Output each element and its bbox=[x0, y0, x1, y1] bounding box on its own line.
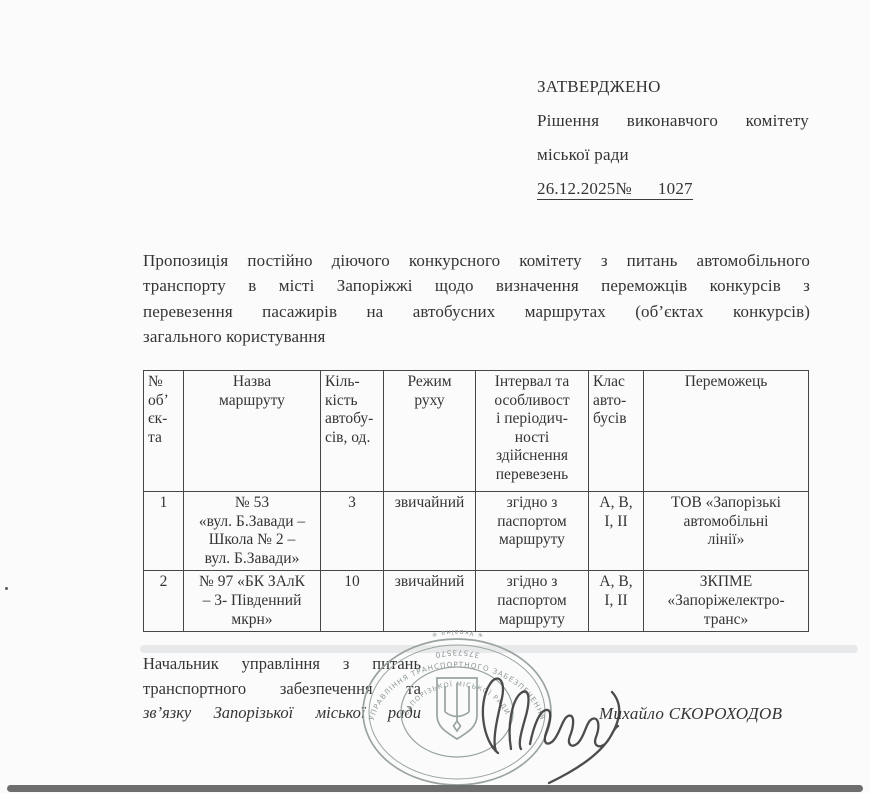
intro-line-4: загального користування bbox=[143, 324, 810, 349]
cell-route-name: № 97 «БК ЗАлК – 3- Південний мкрн» bbox=[184, 571, 321, 632]
cell-interval: згідно з паспортом маршруту bbox=[476, 571, 589, 632]
intro-paragraph: Пропозиція постійно діючого конкурсного … bbox=[143, 248, 810, 349]
intro-line-3: перевезення пасажирів на автобусних марш… bbox=[143, 299, 810, 324]
number-sign: № bbox=[616, 179, 632, 198]
table-row: 2 № 97 «БК ЗАлК – 3- Південний мкрн» 10 … bbox=[144, 571, 809, 632]
official-stamp: УПРАВЛІННЯ ТРАНСПОРТНОГО ЗАБЕЗПЕЧЕННЯ ЗА… bbox=[337, 630, 667, 793]
approval-date-number: 26.12.2025№1027 bbox=[537, 179, 693, 200]
approval-block: ЗАТВЕРДЖЕНО Рішення виконавчого комітету… bbox=[537, 70, 809, 206]
approval-number: 1027 bbox=[658, 179, 693, 198]
header-mode: Режим руху bbox=[384, 371, 476, 492]
cell-winner: ЗКПМЕ «Запоріжелектро- транс» bbox=[644, 571, 809, 632]
header-route-name: Назва маршруту bbox=[184, 371, 321, 492]
table-header-row: № об’ єк- та Назва маршруту Кіль- кість … bbox=[144, 371, 809, 492]
signature-scribble bbox=[483, 679, 619, 783]
cell-bus-count: 10 bbox=[321, 571, 384, 632]
cell-bus-class: А, В, І, ІІ bbox=[589, 571, 644, 632]
approval-line-1: Рішення виконавчого комітету bbox=[537, 104, 809, 138]
header-bus-count: Кіль- кість автобу- сів, од. bbox=[321, 371, 384, 492]
intro-line-2: транспорту в місті Запоріжжі щодо визнач… bbox=[143, 273, 810, 298]
cell-object-number: 2 bbox=[144, 571, 184, 632]
cell-object-number: 1 bbox=[144, 492, 184, 571]
cell-route-name: № 53 «вул. Б.Завади – Школа № 2 – вул. Б… bbox=[184, 492, 321, 571]
cell-bus-count: 3 bbox=[321, 492, 384, 571]
table-row: 1 № 53 «вул. Б.Завади – Школа № 2 – вул.… bbox=[144, 492, 809, 571]
document-page: ЗАТВЕРДЖЕНО Рішення виконавчого комітету… bbox=[0, 0, 870, 793]
number-gap bbox=[632, 193, 658, 194]
cell-winner: ТОВ «Запорізькі автомобільні лінії» bbox=[644, 492, 809, 571]
scan-artifact-dot bbox=[5, 587, 8, 590]
header-bus-class: Клас авто- бусів bbox=[589, 371, 644, 492]
stamp-code: 37573570 bbox=[433, 648, 480, 660]
stamp-country-text: ✳ Україна ✳ bbox=[430, 630, 484, 639]
approval-line-2: міської ради bbox=[537, 138, 809, 172]
header-object-number: № об’ єк- та bbox=[144, 371, 184, 492]
cell-mode: звичайний bbox=[384, 492, 476, 571]
approval-date-line: 26.12.2025№1027 bbox=[537, 172, 809, 206]
scan-edge-bar bbox=[7, 785, 863, 792]
cell-bus-class: А, В, І, ІІ bbox=[589, 492, 644, 571]
routes-table: № об’ єк- та Назва маршруту Кіль- кість … bbox=[143, 370, 809, 632]
intro-line-1: Пропозиція постійно діючого конкурсного … bbox=[143, 248, 810, 273]
cell-mode: звичайний bbox=[384, 571, 476, 632]
header-interval: Інтервал та особливост і періодич- ності… bbox=[476, 371, 589, 492]
approval-date: 26.12.2025 bbox=[537, 179, 616, 198]
cell-interval: згідно з паспортом маршруту bbox=[476, 492, 589, 571]
header-winner: Переможець bbox=[644, 371, 809, 492]
approved-label: ЗАТВЕРДЖЕНО bbox=[537, 70, 809, 104]
